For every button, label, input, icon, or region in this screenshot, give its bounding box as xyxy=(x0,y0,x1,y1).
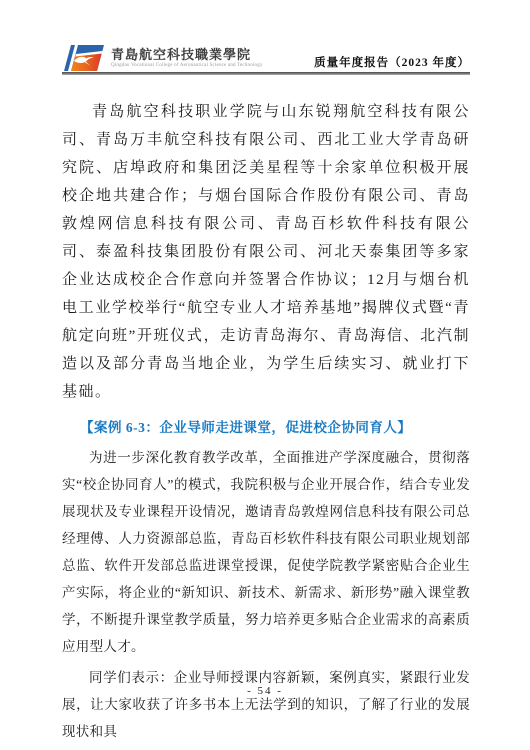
college-brand: 青島航空科技職業學院 Qingdao Vocational College of… xyxy=(62,44,263,72)
page-number: - 54 - xyxy=(0,685,530,697)
college-logo-icon xyxy=(62,44,104,72)
paragraph-case-intro: 为进一步深化教育教学改革，全面推进产学深度融合，贯彻落实“校企协同育人”的模式，… xyxy=(62,444,470,660)
document-body: 青岛航空科技职业学院与山东锐翔航空科技有限公司、青岛万丰航空科技有限公司、西北工… xyxy=(62,92,470,745)
college-name-block: 青島航空科技職業學院 Qingdao Vocational College of… xyxy=(111,48,263,69)
page-header: 青島航空科技職業學院 Qingdao Vocational College of… xyxy=(62,40,470,72)
paragraph-student-feedback: 同学们表示：企业导师授课内容新颖，案例真实，紧跟行业发展，让大家收获了许多书本上… xyxy=(62,664,470,745)
college-name: 青島航空科技職業學院 xyxy=(111,48,263,62)
college-name-en: Qingdao Vocational College of Aeronautic… xyxy=(111,63,263,69)
header-rule xyxy=(62,72,470,75)
report-page: 青島航空科技職業學院 Qingdao Vocational College of… xyxy=(0,0,530,750)
report-title: 质量年度报告（2023 年度） xyxy=(314,54,470,72)
paragraph-cooperation: 青岛航空科技职业学院与山东锐翔航空科技有限公司、青岛万丰航空科技有限公司、西北工… xyxy=(62,98,470,406)
case-heading: 【案例 6-3：企业导师走进课堂，促进校企协同育人】 xyxy=(62,416,470,440)
